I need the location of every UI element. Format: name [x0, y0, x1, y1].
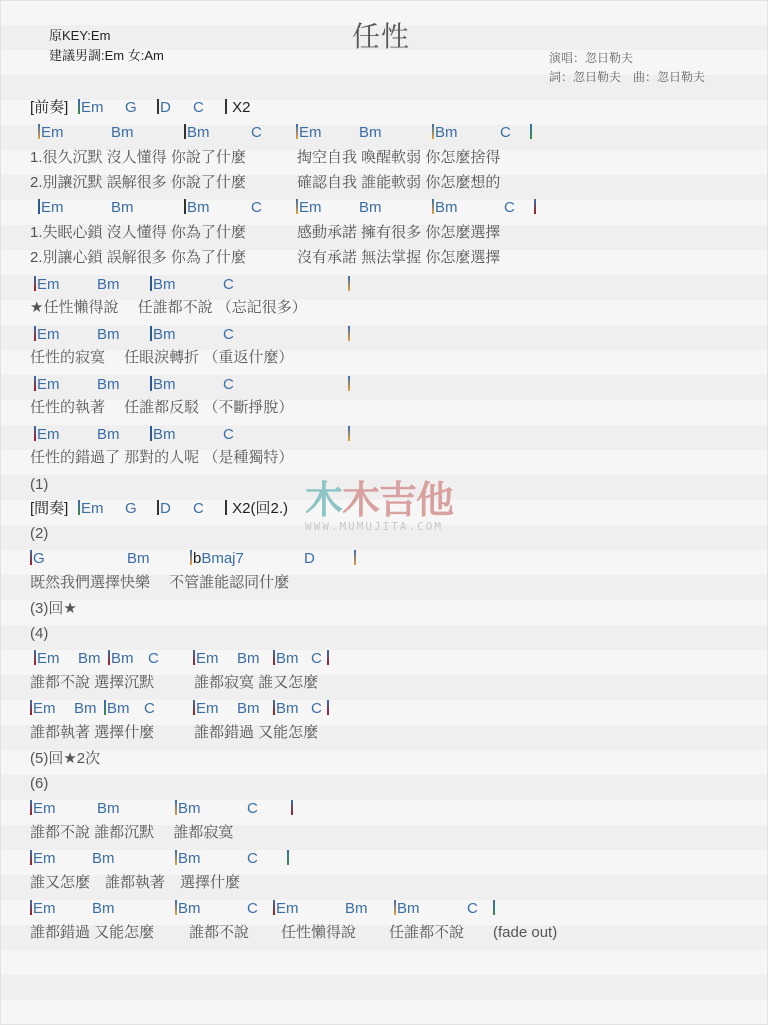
lyric: 任性懶得說: [281, 923, 356, 943]
chord: Em: [81, 99, 104, 116]
chorus-chords-3: Em Bm Bm C: [30, 375, 38, 395]
chord: G: [33, 550, 45, 567]
section-4-chords-2: Em Bm Bm C Em Bm Bm C: [30, 699, 38, 719]
chord: Bm: [153, 276, 176, 293]
chord: C: [500, 123, 511, 143]
interlude-line: [間奏] Em G D C X2(回2.): [30, 499, 38, 519]
chord: Em: [33, 800, 56, 817]
lyric: 2.別讓沉默 誤解很多 你說了什麼: [30, 173, 246, 193]
section-6-chords-3: Em Bm Bm C Em Bm Bm C: [30, 899, 38, 919]
chord: Bm: [178, 800, 201, 817]
lyric: 確認自我 誰能軟弱 你怎麼想的: [297, 173, 500, 193]
lyric: 掏空自我 喚醒軟弱 你怎麼捨得: [297, 148, 500, 168]
chord: C: [223, 425, 234, 445]
chord: C: [193, 499, 204, 519]
chord: Em: [37, 426, 60, 443]
chord: Em: [41, 199, 64, 216]
chord: Bm: [111, 650, 134, 667]
song-title: 任性: [352, 15, 410, 55]
section-2-lyric: 既然我們選擇快樂 不管誰能認同什麼: [30, 573, 38, 593]
bar-icon: [157, 99, 159, 114]
section-6-label: (6): [30, 774, 48, 794]
chord: C: [247, 899, 258, 919]
chord: Em: [37, 276, 60, 293]
chord: C: [247, 799, 258, 819]
chord: Em: [33, 900, 56, 917]
chord: Bm: [111, 198, 134, 218]
chord: C: [251, 123, 262, 143]
section-6-chords-2: Em Bm Bm C: [30, 849, 38, 869]
chord: C: [311, 699, 322, 719]
chord: Bm: [153, 426, 176, 443]
chord: Bm: [359, 198, 382, 218]
chord: Bm: [397, 900, 420, 917]
chord: Bm: [187, 124, 210, 141]
chord: C: [504, 198, 515, 218]
chord: C: [467, 899, 478, 919]
lyric: 1.失眠心鎖 沒人懂得 你為了什麼: [30, 223, 246, 243]
section-2-chords: G Bm bBmaj7 D: [30, 549, 38, 569]
verse-lyric-b1: 1.失眠心鎖 沒人懂得 你為了什麼 感動承諾 擁有很多 你怎麼選擇: [30, 223, 38, 243]
section-5-label: (5)回★2次: [30, 749, 100, 769]
chord: Bm: [153, 376, 176, 393]
chord: Em: [276, 900, 299, 917]
lyric: 誰都錯過 又能怎麼: [194, 723, 318, 743]
chord: Bm: [435, 124, 458, 141]
verse-chords-a: Em Bm Bm C Em Bm Bm C: [30, 123, 38, 143]
lyric: 誰又怎麼 誰都執著 選擇什麼: [30, 873, 240, 893]
chord: Bm: [153, 326, 176, 343]
chord: Bm: [345, 899, 368, 919]
chord: Bm: [78, 649, 101, 669]
chord: D: [160, 500, 171, 517]
section-2-label: (2): [30, 524, 48, 544]
chorus-lyric-4: 任性的錯過了 那對的人呢 （是種獨特）: [30, 448, 38, 468]
chord: C: [251, 198, 262, 218]
chord: Em: [33, 850, 56, 867]
section-6-lyric-1: 誰都不說 誰都沉默 誰都寂寞: [30, 823, 38, 843]
chord: C: [223, 375, 234, 395]
chord: Bm: [92, 849, 115, 869]
section-6-lyric-3: 誰都錯過 又能怎麼 誰都不說 任性懶得說 任誰都不說 (fade out): [30, 923, 38, 943]
chord: C: [311, 649, 322, 669]
lyric: 任性的寂寞 任眼淚轉折 （重返什麼）: [30, 348, 293, 368]
chord: Bm: [97, 325, 120, 345]
lyric: 誰都不說: [189, 923, 249, 943]
chord: Bm: [92, 899, 115, 919]
lyric: 誰都執著 選擇什麼: [30, 723, 154, 743]
section-4-lyric-1: 誰都不說 選擇沉默 誰都寂寞 誰又怎麼: [30, 673, 38, 693]
interlude-label: [間奏]: [30, 499, 68, 519]
chord: G: [125, 499, 137, 519]
lyric: 感動承諾 擁有很多 你怎麼選擇: [297, 223, 500, 243]
chord: Em: [196, 650, 219, 667]
chord: Bm: [74, 699, 97, 719]
writer-credit: 詞：忽日勒夫 曲：忽日勒夫: [549, 68, 705, 85]
chord: Bmaj7: [201, 550, 244, 567]
chord: Bm: [111, 123, 134, 143]
chorus-lyric-1: ★任性懶得說 任誰都不說 （忘記很多）: [30, 298, 38, 318]
chord: C: [193, 98, 204, 118]
chord: Bm: [178, 850, 201, 867]
lyric: 誰都不說 誰都沉默 誰都寂寞: [30, 823, 233, 843]
suggested-key: 建議男調:Em 女:Am: [49, 45, 164, 64]
singer-credit: 演唱：忽日勒夫: [549, 49, 633, 66]
repeat-mark: X2: [232, 99, 250, 116]
chord: Bm: [107, 700, 130, 717]
chord: Em: [299, 199, 322, 216]
chord: Bm: [237, 649, 260, 669]
chord: Em: [196, 700, 219, 717]
verse-lyric-a1: 1.很久沉默 沒人懂得 你說了什麼 掏空自我 喚醒軟弱 你怎麼捨得: [30, 148, 38, 168]
lyric: 任性的執著 任誰都反駁 （不斷掙脫）: [30, 398, 293, 418]
chorus-lyric-3: 任性的執著 任誰都反駁 （不斷掙脫）: [30, 398, 38, 418]
verse-lyric-b2: 2.別讓心鎖 誤解很多 你為了什麼 沒有承諾 無法掌握 你怎麼選擇: [30, 248, 38, 268]
chorus-lyric-2: 任性的寂寞 任眼淚轉折 （重返什麼）: [30, 348, 38, 368]
chord: C: [148, 649, 159, 669]
chorus-chords-2: Em Bm Bm C: [30, 325, 38, 345]
intro-line: [前奏] Em G D C X2: [30, 98, 38, 118]
watermark-logo: 木木吉他 WWW.MUMUJITA.COM: [305, 482, 453, 533]
chord: C: [223, 275, 234, 295]
watermark-url: WWW.MUMUJITA.COM: [305, 520, 453, 533]
lyric: 2.別讓心鎖 誤解很多 你為了什麼: [30, 248, 246, 268]
chord: Em: [33, 700, 56, 717]
chord: D: [304, 549, 315, 569]
lyric: 任誰都不說: [389, 923, 464, 943]
bar-icon: [225, 99, 227, 114]
chord: Bm: [97, 375, 120, 395]
chord: C: [247, 849, 258, 869]
chord: C: [223, 325, 234, 345]
bar-icon: [78, 99, 80, 114]
intro-label: [前奏]: [30, 98, 68, 118]
chord: Bm: [276, 650, 299, 667]
lyric: 既然我們選擇快樂 不管誰能認同什麼: [30, 573, 289, 593]
chord: Em: [37, 326, 60, 343]
fade-out-mark: (fade out): [493, 923, 557, 943]
chord: Bm: [97, 425, 120, 445]
section-4-label: (4): [30, 624, 48, 644]
chord: Bm: [97, 799, 120, 819]
repeat-mark: X2(回2.): [232, 500, 288, 517]
lyric: 任性的錯過了 那對的人呢 （是種獨特）: [30, 448, 293, 468]
lyric: 誰都寂寞 誰又怎麼: [194, 673, 318, 693]
chord: C: [144, 699, 155, 719]
chord: Bm: [127, 549, 150, 569]
section-3-label: (3)回★: [30, 599, 77, 619]
chord: Bm: [187, 199, 210, 216]
chord: Bm: [276, 700, 299, 717]
chorus-chords-4: Em Bm Bm C: [30, 425, 38, 445]
chord: Em: [41, 124, 64, 141]
chord: Em: [299, 124, 322, 141]
lyric: ★任性懶得說 任誰都不說 （忘記很多）: [30, 298, 307, 318]
section-6-lyric-2: 誰又怎麼 誰都執著 選擇什麼: [30, 873, 38, 893]
lyric: 誰都不說 選擇沉默: [30, 673, 154, 693]
lyric: 1.很久沉默 沒人懂得 你說了什麼: [30, 148, 246, 168]
lyric: 誰都錯過 又能怎麼: [30, 923, 154, 943]
chord: Bm: [359, 123, 382, 143]
chord: Em: [81, 500, 104, 517]
section-6-chords-1: Em Bm Bm C: [30, 799, 38, 819]
chord: Em: [37, 376, 60, 393]
chorus-chords-1: Em Bm Bm C: [30, 275, 38, 295]
chord: D: [160, 99, 171, 116]
verse-lyric-a2: 2.別讓沉默 誤解很多 你說了什麼 確認自我 誰能軟弱 你怎麼想的: [30, 173, 38, 193]
verse-chords-b: Em Bm Bm C Em Bm Bm C: [30, 198, 38, 218]
lyric: 沒有承諾 無法掌握 你怎麼選擇: [297, 248, 500, 268]
chord: Em: [37, 650, 60, 667]
section-1-label: (1): [30, 475, 48, 495]
section-4-lyric-2: 誰都執著 選擇什麼 誰都錯過 又能怎麼: [30, 723, 38, 743]
original-key: 原KEY:Em: [49, 25, 110, 44]
chord: Bm: [97, 275, 120, 295]
chord: G: [125, 98, 137, 118]
section-4-chords-1: Em Bm Bm C Em Bm Bm C: [30, 649, 38, 669]
chord: Bm: [237, 699, 260, 719]
chord: Bm: [435, 199, 458, 216]
chord: Bm: [178, 900, 201, 917]
